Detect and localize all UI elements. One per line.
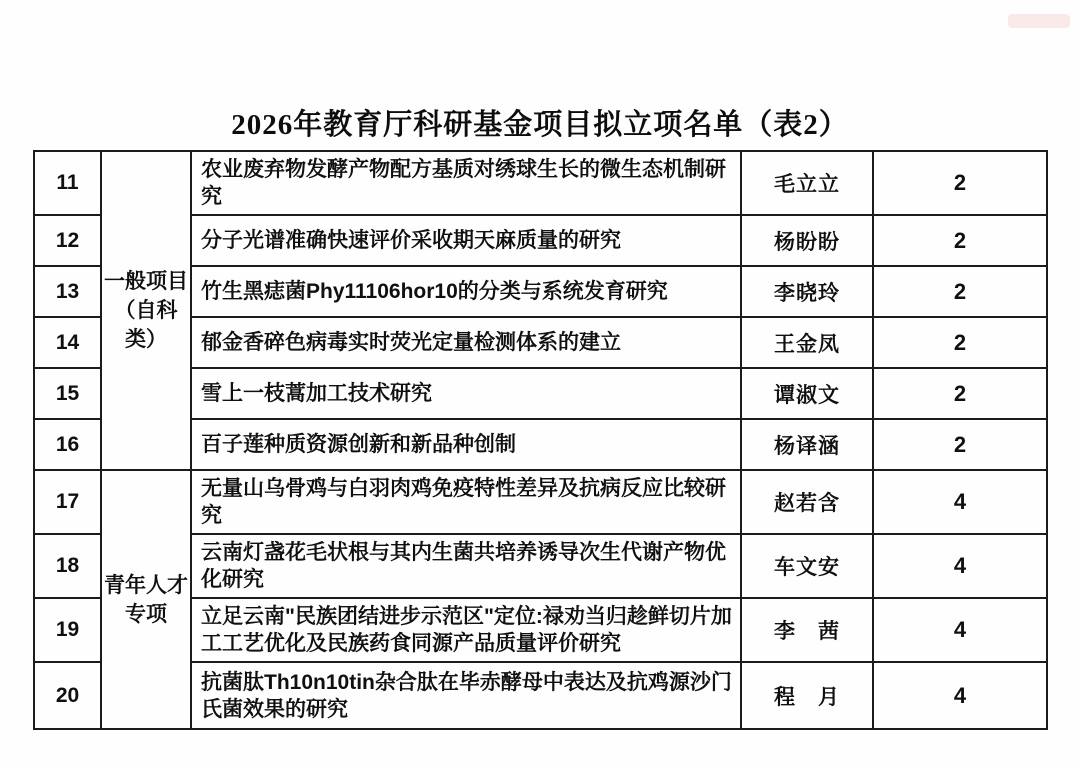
project-title-cell: 百子莲种质资源创新和新品种创制 bbox=[191, 419, 741, 470]
funding-cell: 4 bbox=[873, 534, 1047, 598]
project-title-cell: 郁金香碎色病毒实时荧光定量检测体系的建立 bbox=[191, 317, 741, 368]
row-number: 19 bbox=[34, 598, 101, 662]
funding-cell: 4 bbox=[873, 470, 1047, 534]
funding-cell: 4 bbox=[873, 598, 1047, 662]
pi-name-cell: 谭淑文 bbox=[741, 368, 873, 419]
pi-name-cell: 车文安 bbox=[741, 534, 873, 598]
project-title-cell: 抗菌肽Th10n10tin杂合肽在毕赤酵母中表达及抗鸡源沙门氏菌效果的研究 bbox=[191, 662, 741, 729]
scan-artifact bbox=[1008, 14, 1070, 28]
project-title-cell: 无量山乌骨鸡与白羽肉鸡免疫特性差异及抗病反应比较研究 bbox=[191, 470, 741, 534]
row-number: 17 bbox=[34, 470, 101, 534]
pi-name-cell: 杨译涵 bbox=[741, 419, 873, 470]
funding-cell: 2 bbox=[873, 419, 1047, 470]
funding-cell: 4 bbox=[873, 662, 1047, 729]
funding-cell: 2 bbox=[873, 317, 1047, 368]
row-number: 18 bbox=[34, 534, 101, 598]
pi-name-cell: 王金凤 bbox=[741, 317, 873, 368]
row-number: 12 bbox=[34, 215, 101, 266]
project-title-cell: 竹生黑痣菌Phy11106hor10的分类与系统发育研究 bbox=[191, 266, 741, 317]
scanned-document-page: 2026年教育厅科研基金项目拟立项名单（表2） 11 一般项目 （自科 类） 农… bbox=[0, 0, 1080, 770]
row-number: 16 bbox=[34, 419, 101, 470]
page-title: 2026年教育厅科研基金项目拟立项名单（表2） bbox=[0, 0, 1080, 143]
pi-name-cell: 李 茜 bbox=[741, 598, 873, 662]
table-row: 11 一般项目 （自科 类） 农业废弃物发酵产物配方基质对绣球生长的微生态机制研… bbox=[34, 151, 1047, 215]
funding-cell: 2 bbox=[873, 215, 1047, 266]
funding-cell: 2 bbox=[873, 368, 1047, 419]
table-row: 17 青年人才 专项 无量山乌骨鸡与白羽肉鸡免疫特性差异及抗病反应比较研究 赵若… bbox=[34, 470, 1047, 534]
row-number: 20 bbox=[34, 662, 101, 729]
row-number: 15 bbox=[34, 368, 101, 419]
category-cell-general: 一般项目 （自科 类） bbox=[101, 151, 191, 470]
grant-project-table: 11 一般项目 （自科 类） 农业废弃物发酵产物配方基质对绣球生长的微生态机制研… bbox=[33, 150, 1048, 730]
row-number: 11 bbox=[34, 151, 101, 215]
row-number: 14 bbox=[34, 317, 101, 368]
funding-cell: 2 bbox=[873, 266, 1047, 317]
project-title-cell: 雪上一枝蒿加工技术研究 bbox=[191, 368, 741, 419]
pi-name-cell: 毛立立 bbox=[741, 151, 873, 215]
funding-cell: 2 bbox=[873, 151, 1047, 215]
project-title-cell: 立足云南"民族团结进步示范区"定位:禄劝当归趁鲜切片加工工艺优化及民族药食同源产… bbox=[191, 598, 741, 662]
pi-name-cell: 杨盼盼 bbox=[741, 215, 873, 266]
pi-name-cell: 李晓玲 bbox=[741, 266, 873, 317]
row-number: 13 bbox=[34, 266, 101, 317]
project-title-cell: 分子光谱准确快速评价采收期天麻质量的研究 bbox=[191, 215, 741, 266]
category-cell-youth: 青年人才 专项 bbox=[101, 470, 191, 729]
project-title-cell: 农业废弃物发酵产物配方基质对绣球生长的微生态机制研究 bbox=[191, 151, 741, 215]
pi-name-cell: 赵若含 bbox=[741, 470, 873, 534]
pi-name-cell: 程 月 bbox=[741, 662, 873, 729]
project-title-cell: 云南灯盏花毛状根与其内生菌共培养诱导次生代谢产物优化研究 bbox=[191, 534, 741, 598]
